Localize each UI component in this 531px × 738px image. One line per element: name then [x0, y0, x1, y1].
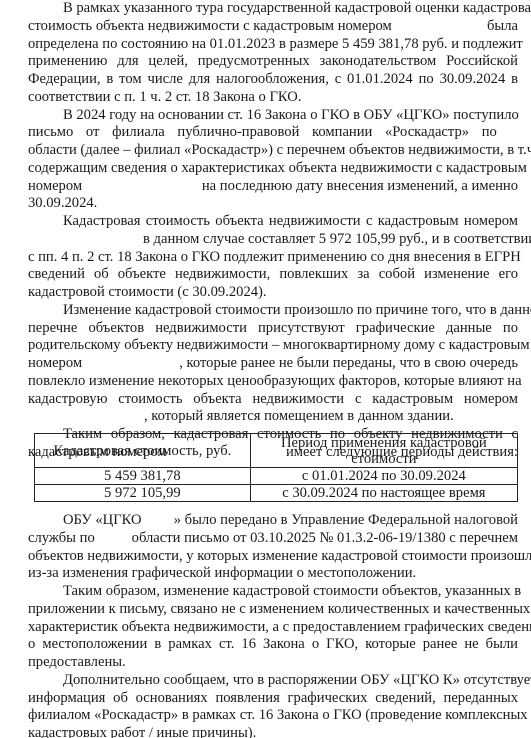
text-line: соответствии с п. 1 ч. 2 ст. 18 Закона о… — [28, 89, 518, 107]
text-line: повлекло изменение некоторых ценообразую… — [28, 373, 518, 391]
text-line: кадастровую стоимость объекта недвижимос… — [28, 391, 518, 409]
text-line: сведений об объекте недвижимости, повлек… — [28, 266, 518, 284]
redacted-region — [147, 512, 169, 530]
redacted-cadastral-number — [83, 355, 178, 373]
text-line-redacted: стоимость объекта недвижимости с кадастр… — [28, 18, 518, 36]
text-line: родительскому объекту недвижимости – мно… — [28, 337, 518, 355]
text-line-redacted: ОБУ «ЦГКО» было передано в Управление Фе… — [28, 512, 518, 530]
text-line-redacted: В 2024 году на основании ст. 16 Закона о… — [28, 107, 518, 125]
table-header-row: Кадастровая стоимость, руб. Период приме… — [35, 434, 518, 468]
cell-value: 5 459 381,78 — [35, 468, 251, 485]
text-line: характеристик объекта недвижимости, а с … — [28, 619, 518, 637]
text-line: перечне объектов недвижимости присутству… — [28, 320, 518, 338]
text-line-redacted: номеромна последнюю дату внесения измене… — [28, 178, 518, 196]
text-line: Изменение кадастровой стоимости произошл… — [28, 302, 518, 320]
text-line: приложении к письму, связано не с измене… — [28, 601, 518, 619]
text-line-redacted: службы пообласти письмо от 03.10.2025 № … — [28, 530, 518, 548]
text-line-redacted: письмо от филиала публично-правовой комп… — [28, 124, 518, 142]
table-row: 5 459 381,78 с 01.01.2024 по 30.09.2024 — [35, 468, 518, 485]
text-line: применению для целей, предусмотренных за… — [28, 53, 518, 71]
cadastral-value-table: Кадастровая стоимость, руб. Период приме… — [34, 433, 518, 502]
text-line: области (далее – филиал «Роскадастр») с … — [28, 142, 518, 160]
text-line: содержащим сведения о характеристиках об… — [28, 160, 518, 178]
paragraph-7: Таким образом, изменение кадастровой сто… — [28, 583, 518, 672]
redacted-cadastral-number — [28, 408, 140, 426]
paragraph-6: ОБУ «ЦГКО» было передано в Управление Фе… — [28, 512, 518, 583]
text-line-redacted: номером, которые ранее не были переданы,… — [28, 355, 518, 373]
table-row: 5 972 105,99 с 30.09.2024 по настоящее в… — [35, 485, 518, 502]
redacted-cadastral-number — [392, 18, 487, 36]
text-line: 30.09.2024. — [28, 195, 518, 213]
cell-value: 5 972 105,99 — [35, 485, 251, 502]
text-line: кадастровых работ / иные причины). — [28, 725, 518, 738]
text-line: Федерации, в том числе для налогообложен… — [28, 71, 518, 89]
text-line: В рамках указанного тура государственной… — [28, 0, 518, 18]
text-line: Кадастровая стоимость объекта недвижимос… — [28, 213, 518, 231]
cell-period: с 30.09.2024 по настоящее время — [250, 485, 517, 502]
text-line: филиалом «Роскадастр» в рамках ст. 16 За… — [28, 707, 518, 725]
text-line-redacted: в данном случае составляет 5 972 105,99 … — [28, 231, 518, 249]
text-line-redacted: , который является помещением в данном з… — [28, 408, 518, 426]
column-header-value: Кадастровая стоимость, руб. — [35, 434, 251, 468]
text-line: Таким образом, изменение кадастровой сто… — [28, 583, 518, 601]
text-line-redacted: Дополнительно сообщаем, что в распоряжен… — [28, 672, 518, 690]
paragraph-2: В 2024 году на основании ст. 16 Закона о… — [28, 107, 518, 214]
text-line: определена по состоянию на 01.01.2023 в … — [28, 36, 518, 54]
text-line: предоставлены. — [28, 654, 518, 672]
column-header-period: Период применения кадастровой стоимости — [250, 434, 517, 468]
redacted-cadastral-number — [83, 178, 201, 196]
paragraph-3: Кадастровая стоимость объекта недвижимос… — [28, 213, 518, 302]
paragraph-8: Дополнительно сообщаем, что в распоряжен… — [28, 672, 518, 738]
document-body-bottom: ОБУ «ЦГКО» было передано в Управление Фе… — [28, 512, 518, 738]
text-line: с пп. 4 п. 2 ст. 18 Закона о ГКО подлежи… — [28, 249, 518, 267]
text-line: информация об основаниях появления графи… — [28, 690, 518, 708]
redacted-region — [95, 530, 132, 548]
text-line: о местоположении в рамках ст. 16 Закона … — [28, 636, 518, 654]
document-body-top: В рамках указанного тура государственной… — [28, 0, 518, 462]
cell-period: с 01.01.2024 по 30.09.2024 — [250, 468, 517, 485]
text-line: кадастровой стоимости (с 30.09.2024). — [28, 284, 518, 302]
paragraph-4: Изменение кадастровой стоимости произошл… — [28, 302, 518, 426]
text-line: из-за изменения графической информации о… — [28, 565, 518, 583]
text-line: объектов недвижимости, у которых изменен… — [28, 548, 518, 566]
paragraph-1: В рамках указанного тура государственной… — [28, 0, 518, 107]
